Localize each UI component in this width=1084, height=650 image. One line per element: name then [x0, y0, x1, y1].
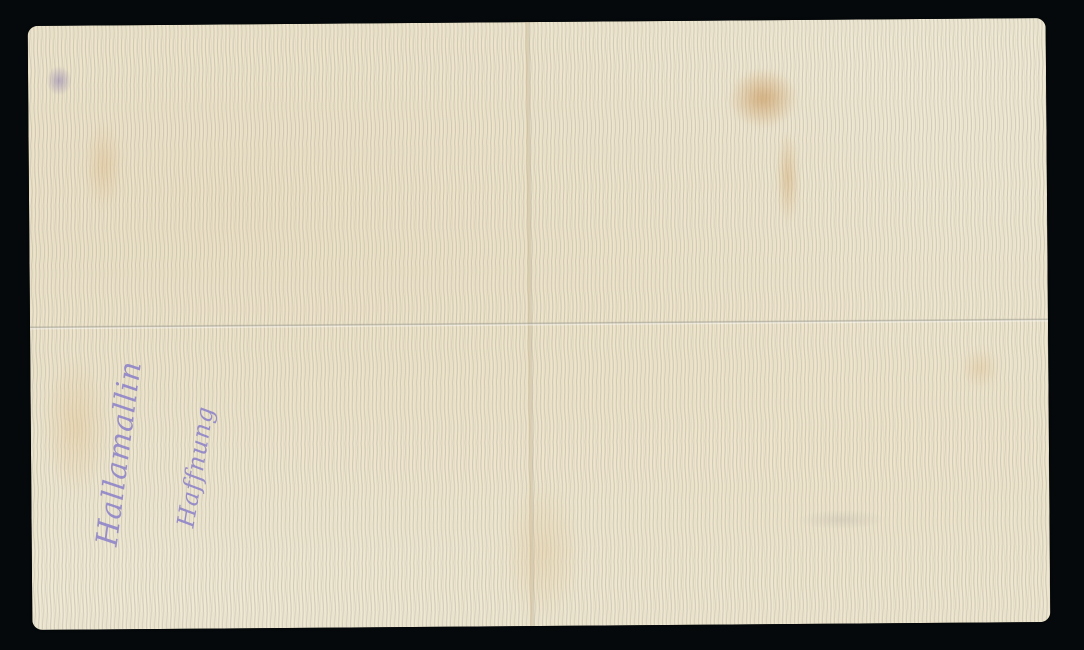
stain-top-left — [83, 120, 124, 210]
paper-note: Hallamallin Haffnung — [28, 18, 1051, 630]
stain-right-mid — [960, 348, 1000, 388]
faint-pencil-mark — [796, 509, 886, 530]
stain-bottom-center — [501, 482, 582, 623]
stain-top-right — [728, 68, 798, 129]
scan-background: Hallamallin Haffnung — [0, 0, 1084, 650]
ink-smudge — [46, 66, 72, 96]
